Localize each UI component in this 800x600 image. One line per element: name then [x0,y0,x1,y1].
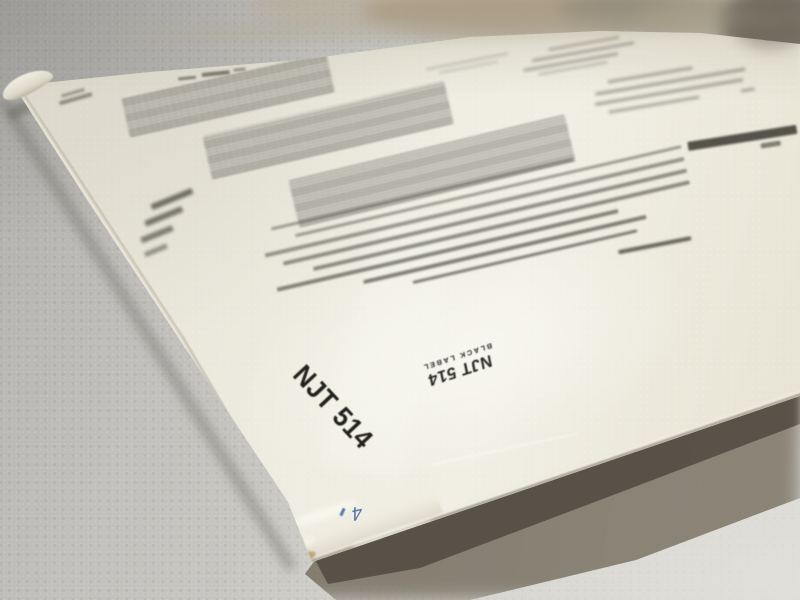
word [140,225,174,243]
text-dash [202,70,230,77]
focus-haze [735,0,800,48]
handwritten-mark: 4 [346,497,368,526]
text-dash [178,76,196,81]
album-title-heading [687,121,800,163]
word [150,188,193,210]
text-line [741,87,755,92]
heading-text [687,125,797,151]
word [144,243,168,257]
heading-text [760,140,781,148]
word [144,206,183,227]
text-dash [233,67,245,71]
spine-title-print [127,185,216,268]
photograph: NJT 514 NJT 514 BLACK LABEL 4 [0,0,800,600]
